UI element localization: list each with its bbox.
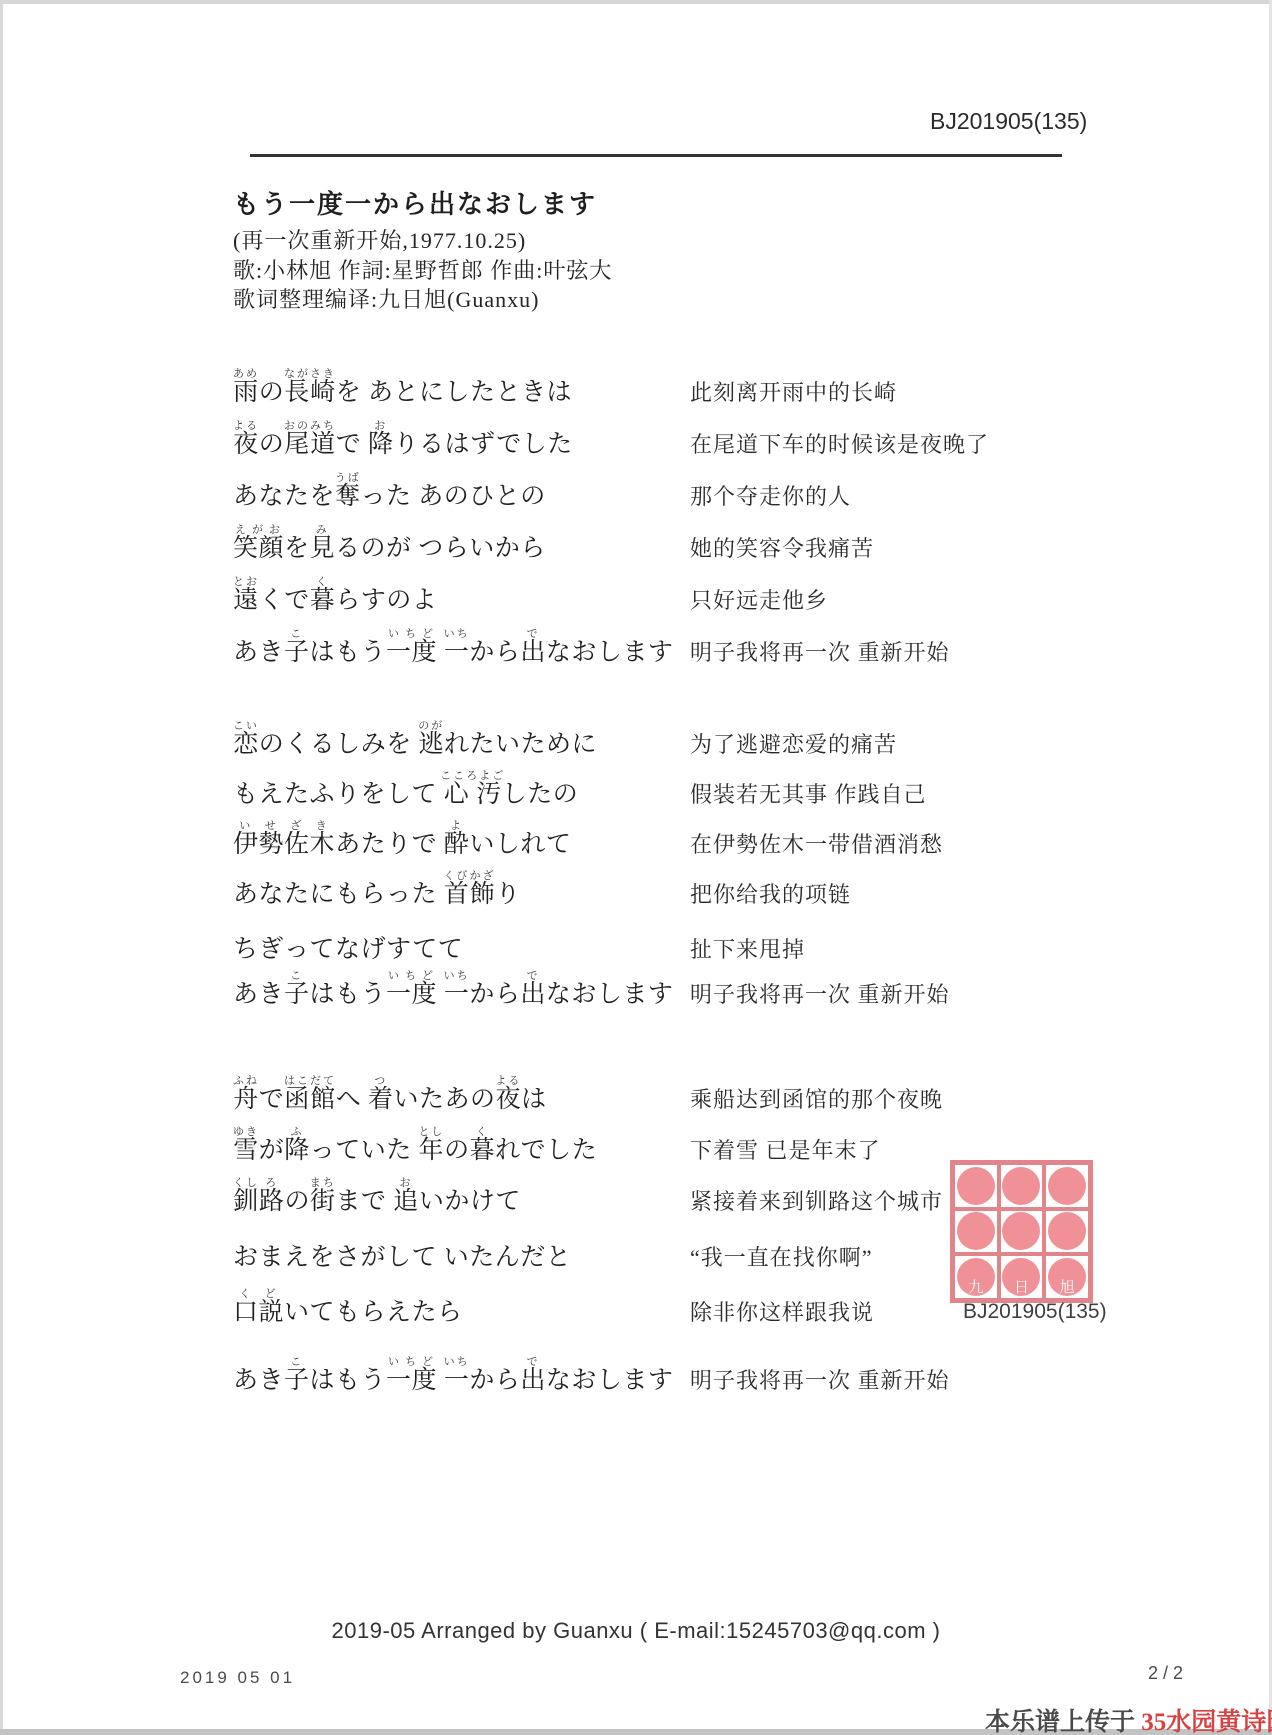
- seal-watermark: 九日旭: [950, 1160, 1093, 1303]
- lyric-line: 夜よるの尾おの道みちで 降おりるはずでした在尾道下车的时候该是夜晚了: [233, 420, 989, 460]
- chinese-translation: 把你给我的项链: [690, 882, 851, 907]
- chinese-translation: 此刻离开雨中的长崎: [690, 380, 897, 405]
- japanese-lyric: 口く説どいてもらえたら: [233, 1288, 690, 1328]
- lyric-line: 雨あめの長なが崎さきを あとにしたときは此刻离开雨中的长崎: [233, 368, 897, 408]
- lyric-line: あき子こはもう一度いちど 一いちから出でなおします明子我将再一次 重新开始: [233, 1356, 950, 1396]
- chinese-translation: 下着雪 已是年末了: [690, 1138, 881, 1163]
- japanese-lyric: あなたにもらった 首飾くびかざり: [233, 870, 690, 910]
- chinese-translation: 明子我将再一次 重新开始: [690, 640, 950, 665]
- seal-label-char: 日: [1001, 1276, 1043, 1297]
- lyric-line: 雪ゆきが降ふっていた 年としの暮くれでした下着雪 已是年末了: [233, 1126, 881, 1166]
- lyric-line: あき子こはもう一度いちど 一いちから出でなおします明子我将再一次 重新开始: [233, 628, 950, 668]
- japanese-lyric: おまえをさがして いたんだと: [233, 1244, 690, 1273]
- seal-grid-cell: 九: [953, 1254, 999, 1300]
- japanese-lyric: 笑顔えがおを見みるのが つらいから: [233, 524, 690, 564]
- lyric-line: 笑顔えがおを見みるのが つらいから她的笑容令我痛苦: [233, 524, 874, 564]
- lyrics-block: 雨あめの長なが崎さきを あとにしたときは此刻离开雨中的长崎夜よるの尾おの道みちで…: [233, 0, 1233, 1735]
- lyric-line: 釧くし路ろの街まちまで 追おいかけて紧接着来到钏路这个城市: [233, 1177, 943, 1217]
- chinese-translation: 乘船达到函馆的那个夜晚: [690, 1087, 943, 1112]
- seal-grid-cell: 日: [999, 1254, 1045, 1300]
- seal-circle: [1048, 1212, 1086, 1250]
- chinese-translation: 在尾道下车的时候该是夜晚了: [690, 432, 989, 457]
- corner-credit-dark-text: 本乐谱上传于: [985, 1709, 1135, 1735]
- japanese-lyric: あなたを奪うばった あのひとの: [233, 472, 690, 512]
- japanese-lyric: あき子こはもう一度いちど 一いちから出でなおします: [233, 1356, 690, 1396]
- chinese-translation: 明子我将再一次 重新开始: [690, 982, 950, 1007]
- japanese-lyric: 雪ゆきが降ふっていた 年としの暮くれでした: [233, 1126, 690, 1166]
- corner-credit-red-text: 35水园黄诗园: [1141, 1709, 1272, 1735]
- lyric-line: あなたを奪うばった あのひとの那个夺走你的人: [233, 472, 851, 512]
- seal-watermark-code: BJ201905(135): [963, 1300, 1107, 1324]
- japanese-lyric: 遠とおくで暮くらすのよ: [233, 576, 690, 616]
- lyric-sheet-page: BJ201905(135) もう一度一から出なおします (再一次重新开始,197…: [0, 0, 1272, 1735]
- seal-grid-cell: [999, 1209, 1045, 1255]
- corner-credit-clipped: 本乐谱上传于 35水园黄诗园: [985, 1710, 1272, 1735]
- seal-grid-cell: [1044, 1209, 1090, 1255]
- japanese-lyric: 恋こいのくるしみを 逃のがれたいために: [233, 720, 690, 760]
- lyric-line: 伊い勢せ佐ざ木きあたりで 酔よいしれて在伊勢佐木一带借酒消愁: [233, 820, 943, 860]
- lyric-line: 恋こいのくるしみを 逃のがれたいために为了逃避恋爱的痛苦: [233, 720, 897, 760]
- seal-circle: [957, 1167, 995, 1205]
- chinese-translation: 那个夺走你的人: [690, 484, 851, 509]
- chinese-translation: 明子我将再一次 重新开始: [690, 1368, 950, 1393]
- chinese-translation: 扯下来甩掉: [690, 937, 805, 962]
- seal-circle: [1002, 1167, 1040, 1205]
- chinese-translation: 她的笑容令我痛苦: [690, 536, 874, 561]
- japanese-lyric: 伊い勢せ佐ざ木きあたりで 酔よいしれて: [233, 820, 690, 860]
- footer-date: 2019 05 01: [180, 1668, 295, 1688]
- lyric-line: ちぎってなげすてて扯下来甩掉: [233, 920, 805, 965]
- japanese-lyric: あき子こはもう一度いちど 一いちから出でなおします: [233, 628, 690, 668]
- japanese-lyric: ちぎってなげすてて: [233, 936, 690, 965]
- chinese-translation: 只好远走他乡: [690, 588, 828, 613]
- japanese-lyric: 夜よるの尾おの道みちで 降おりるはずでした: [233, 420, 690, 460]
- lyric-line: あき子こはもう一度いちど 一いちから出でなおします明子我将再一次 重新开始: [233, 970, 950, 1010]
- chinese-translation: 紧接着来到钏路这个城市: [690, 1189, 943, 1214]
- japanese-lyric: 舟ふねで函はこ館だてへ 着ついたあの夜よるは: [233, 1075, 690, 1115]
- chinese-translation: 在伊勢佐木一带借酒消愁: [690, 832, 943, 857]
- chinese-translation: 除非你这样跟我说: [690, 1300, 874, 1325]
- seal-grid-cell: 旭: [1044, 1254, 1090, 1300]
- lyric-line: もえたふりをして 心汚こころよごしたの假装若无其事 作践自己: [233, 770, 927, 810]
- page-edge-left: [0, 0, 3, 1735]
- japanese-lyric: 釧くし路ろの街まちまで 追おいかけて: [233, 1177, 690, 1217]
- chinese-translation: “我一直在找你啊”: [690, 1245, 873, 1270]
- arranged-by-line: 2019-05 Arranged by Guanxu ( E-mail:1524…: [0, 1618, 1272, 1644]
- lyric-line: 口く説どいてもらえたら除非你这样跟我说: [233, 1288, 874, 1328]
- seal-circle: [957, 1212, 995, 1250]
- seal-grid-cell: [999, 1163, 1045, 1209]
- lyric-line: おまえをさがして いたんだと“我一直在找你啊”: [233, 1228, 873, 1273]
- page-number: 2 / 2: [1148, 1663, 1183, 1684]
- japanese-lyric: もえたふりをして 心汚こころよごしたの: [233, 770, 690, 810]
- lyric-line: 遠とおくで暮くらすのよ只好远走他乡: [233, 576, 828, 616]
- chinese-translation: 为了逃避恋爱的痛苦: [690, 732, 897, 757]
- seal-grid-cell: [953, 1209, 999, 1255]
- lyric-line: あなたにもらった 首飾くびかざり把你给我的项链: [233, 870, 851, 910]
- seal-label-char: 九: [955, 1276, 997, 1297]
- japanese-lyric: あき子こはもう一度いちど 一いちから出でなおします: [233, 970, 690, 1010]
- seal-circle: [1002, 1212, 1040, 1250]
- seal-grid-cell: [953, 1163, 999, 1209]
- seal-circle: [1048, 1167, 1086, 1205]
- japanese-lyric: 雨あめの長なが崎さきを あとにしたときは: [233, 368, 690, 408]
- seal-label-char: 旭: [1046, 1276, 1088, 1297]
- chinese-translation: 假装若无其事 作践自己: [690, 782, 927, 807]
- seal-grid-cell: [1044, 1163, 1090, 1209]
- lyric-line: 舟ふねで函はこ館だてへ 着ついたあの夜よるは乘船达到函馆的那个夜晚: [233, 1075, 943, 1115]
